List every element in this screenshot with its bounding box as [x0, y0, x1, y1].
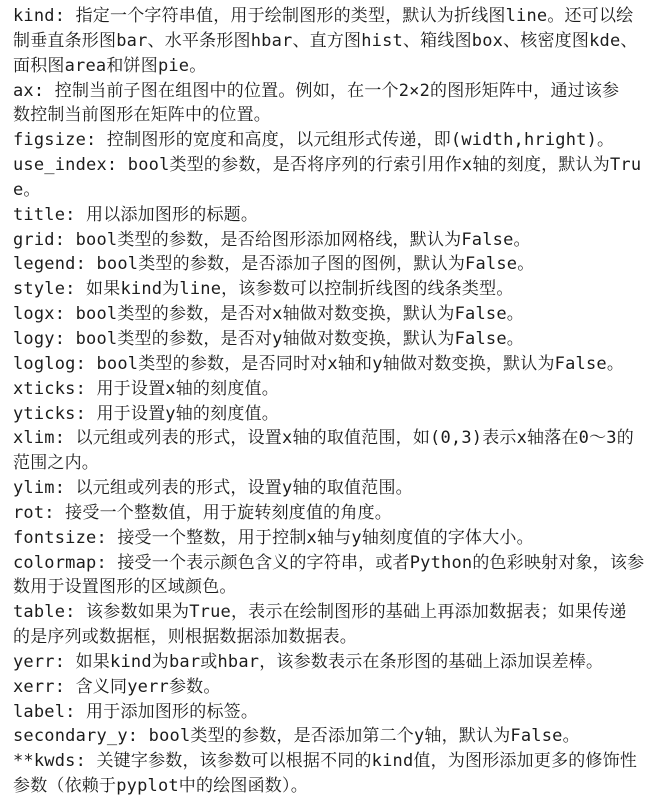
- text-line: yerr: 如果kind为bar或hbar，该参数表示在条形图的基础上添加误差棒…: [13, 650, 641, 675]
- parameter-yticks: yticks: 用于设置y轴的刻度值。: [13, 402, 641, 427]
- text-line: secondary_y: bool类型的参数，是否添加第二个y轴，默认为Fals…: [13, 724, 641, 749]
- parameter-xlim: xlim: 以元组或列表的形式，设置x轴的取值范围，如(0,3)表示x轴落在0～…: [13, 426, 641, 476]
- text-line: xticks: 用于设置x轴的刻度值。: [13, 377, 641, 402]
- text-line: colormap: 接受一个表示颜色含义的字符串，或者Python的色彩映射对象…: [13, 551, 641, 576]
- text-line: kind: 指定一个字符串值，用于绘制图形的类型，默认为折线图line。还可以绘: [13, 4, 641, 29]
- parameter-xerr: xerr: 含义同yerr参数。: [13, 675, 641, 700]
- parameter-legend: legend: bool类型的参数，是否添加子图的图例，默认为False。: [13, 252, 641, 277]
- parameter-table: table: 该参数如果为True，表示在绘制图形的基础上再添加数据表；如果传递…: [13, 600, 641, 650]
- parameter-list: kind: 指定一个字符串值，用于绘制图形的类型，默认为折线图line。还可以绘…: [13, 4, 641, 799]
- parameter-loglog: loglog: bool类型的参数，是否同时对x轴和y轴做对数变换，默认为Fal…: [13, 352, 641, 377]
- text-line: yticks: 用于设置y轴的刻度值。: [13, 402, 641, 427]
- text-line: style: 如果kind为line，该参数可以控制折线图的线条类型。: [13, 277, 641, 302]
- text-line: title: 用以添加图形的标题。: [13, 203, 641, 228]
- text-line: table: 该参数如果为True，表示在绘制图形的基础上再添加数据表；如果传递: [13, 600, 641, 625]
- parameter-logy: logy: bool类型的参数，是否对y轴做对数变换，默认为False。: [13, 327, 641, 352]
- text-line: loglog: bool类型的参数，是否同时对x轴和y轴做对数变换，默认为Fal…: [13, 352, 641, 377]
- text-line: 参数（依赖于pyplot中的绘图函数）。: [13, 774, 641, 799]
- text-line: legend: bool类型的参数，是否添加子图的图例，默认为False。: [13, 252, 641, 277]
- text-line: use_index: bool类型的参数，是否将序列的行索引用作x轴的刻度，默认…: [13, 153, 641, 178]
- text-line: fontsize: 接受一个整数，用于控制x轴与y轴刻度值的字体大小。: [13, 526, 641, 551]
- parameter-ax: ax: 控制当前子图在组图中的位置。例如，在一个2×2的图形矩阵中，通过该参数控…: [13, 79, 641, 129]
- parameter-kwds: **kwds: 关键字参数，该参数可以根据不同的kind值，为图形添加更多的修饰…: [13, 749, 641, 799]
- parameter-kind: kind: 指定一个字符串值，用于绘制图形的类型，默认为折线图line。还可以绘…: [13, 4, 641, 79]
- parameter-title: title: 用以添加图形的标题。: [13, 203, 641, 228]
- parameter-fontsize: fontsize: 接受一个整数，用于控制x轴与y轴刻度值的字体大小。: [13, 526, 641, 551]
- text-line: e。: [13, 178, 641, 203]
- text-line: ax: 控制当前子图在组图中的位置。例如，在一个2×2的图形矩阵中，通过该参: [13, 79, 641, 104]
- text-line: figsize: 控制图形的宽度和高度，以元组形式传递，即(width,hrig…: [13, 128, 641, 153]
- text-line: **kwds: 关键字参数，该参数可以根据不同的kind值，为图形添加更多的修饰…: [13, 749, 641, 774]
- text-line: xerr: 含义同yerr参数。: [13, 675, 641, 700]
- text-line: 范围之内。: [13, 451, 641, 476]
- parameter-xticks: xticks: 用于设置x轴的刻度值。: [13, 377, 641, 402]
- parameter-rot: rot: 接受一个整数值，用于旋转刻度值的角度。: [13, 501, 641, 526]
- parameter-colormap: colormap: 接受一个表示颜色含义的字符串，或者Python的色彩映射对象…: [13, 551, 641, 601]
- text-line: ylim: 以元组或列表的形式，设置y轴的取值范围。: [13, 476, 641, 501]
- document-page: kind: 指定一个字符串值，用于绘制图形的类型，默认为折线图line。还可以绘…: [0, 0, 649, 802]
- parameter-ylim: ylim: 以元组或列表的形式，设置y轴的取值范围。: [13, 476, 641, 501]
- parameter-yerr: yerr: 如果kind为bar或hbar，该参数表示在条形图的基础上添加误差棒…: [13, 650, 641, 675]
- text-line: grid: bool类型的参数，是否给图形添加网格线，默认为False。: [13, 228, 641, 253]
- text-line: 的是序列或数据框，则根据数据添加数据表。: [13, 625, 641, 650]
- parameter-use_index: use_index: bool类型的参数，是否将序列的行索引用作x轴的刻度，默认…: [13, 153, 641, 203]
- text-line: logx: bool类型的参数，是否对x轴做对数变换，默认为False。: [13, 302, 641, 327]
- text-line: xlim: 以元组或列表的形式，设置x轴的取值范围，如(0,3)表示x轴落在0～…: [13, 426, 641, 451]
- text-line: 数用于设置图形的区域颜色。: [13, 575, 641, 600]
- text-line: rot: 接受一个整数值，用于旋转刻度值的角度。: [13, 501, 641, 526]
- text-line: logy: bool类型的参数，是否对y轴做对数变换，默认为False。: [13, 327, 641, 352]
- text-line: 面积图area和饼图pie。: [13, 54, 641, 79]
- parameter-figsize: figsize: 控制图形的宽度和高度，以元组形式传递，即(width,hrig…: [13, 128, 641, 153]
- text-line: label: 用于添加图形的标签。: [13, 700, 641, 725]
- parameter-label: label: 用于添加图形的标签。: [13, 700, 641, 725]
- text-line: 数控制当前图形在矩阵中的位置。: [13, 103, 641, 128]
- parameter-grid: grid: bool类型的参数，是否给图形添加网格线，默认为False。: [13, 228, 641, 253]
- parameter-secondary_y: secondary_y: bool类型的参数，是否添加第二个y轴，默认为Fals…: [13, 724, 641, 749]
- text-line: 制垂直条形图bar、水平条形图hbar、直方图hist、箱线图box、核密度图k…: [13, 29, 641, 54]
- parameter-style: style: 如果kind为line，该参数可以控制折线图的线条类型。: [13, 277, 641, 302]
- parameter-logx: logx: bool类型的参数，是否对x轴做对数变换，默认为False。: [13, 302, 641, 327]
